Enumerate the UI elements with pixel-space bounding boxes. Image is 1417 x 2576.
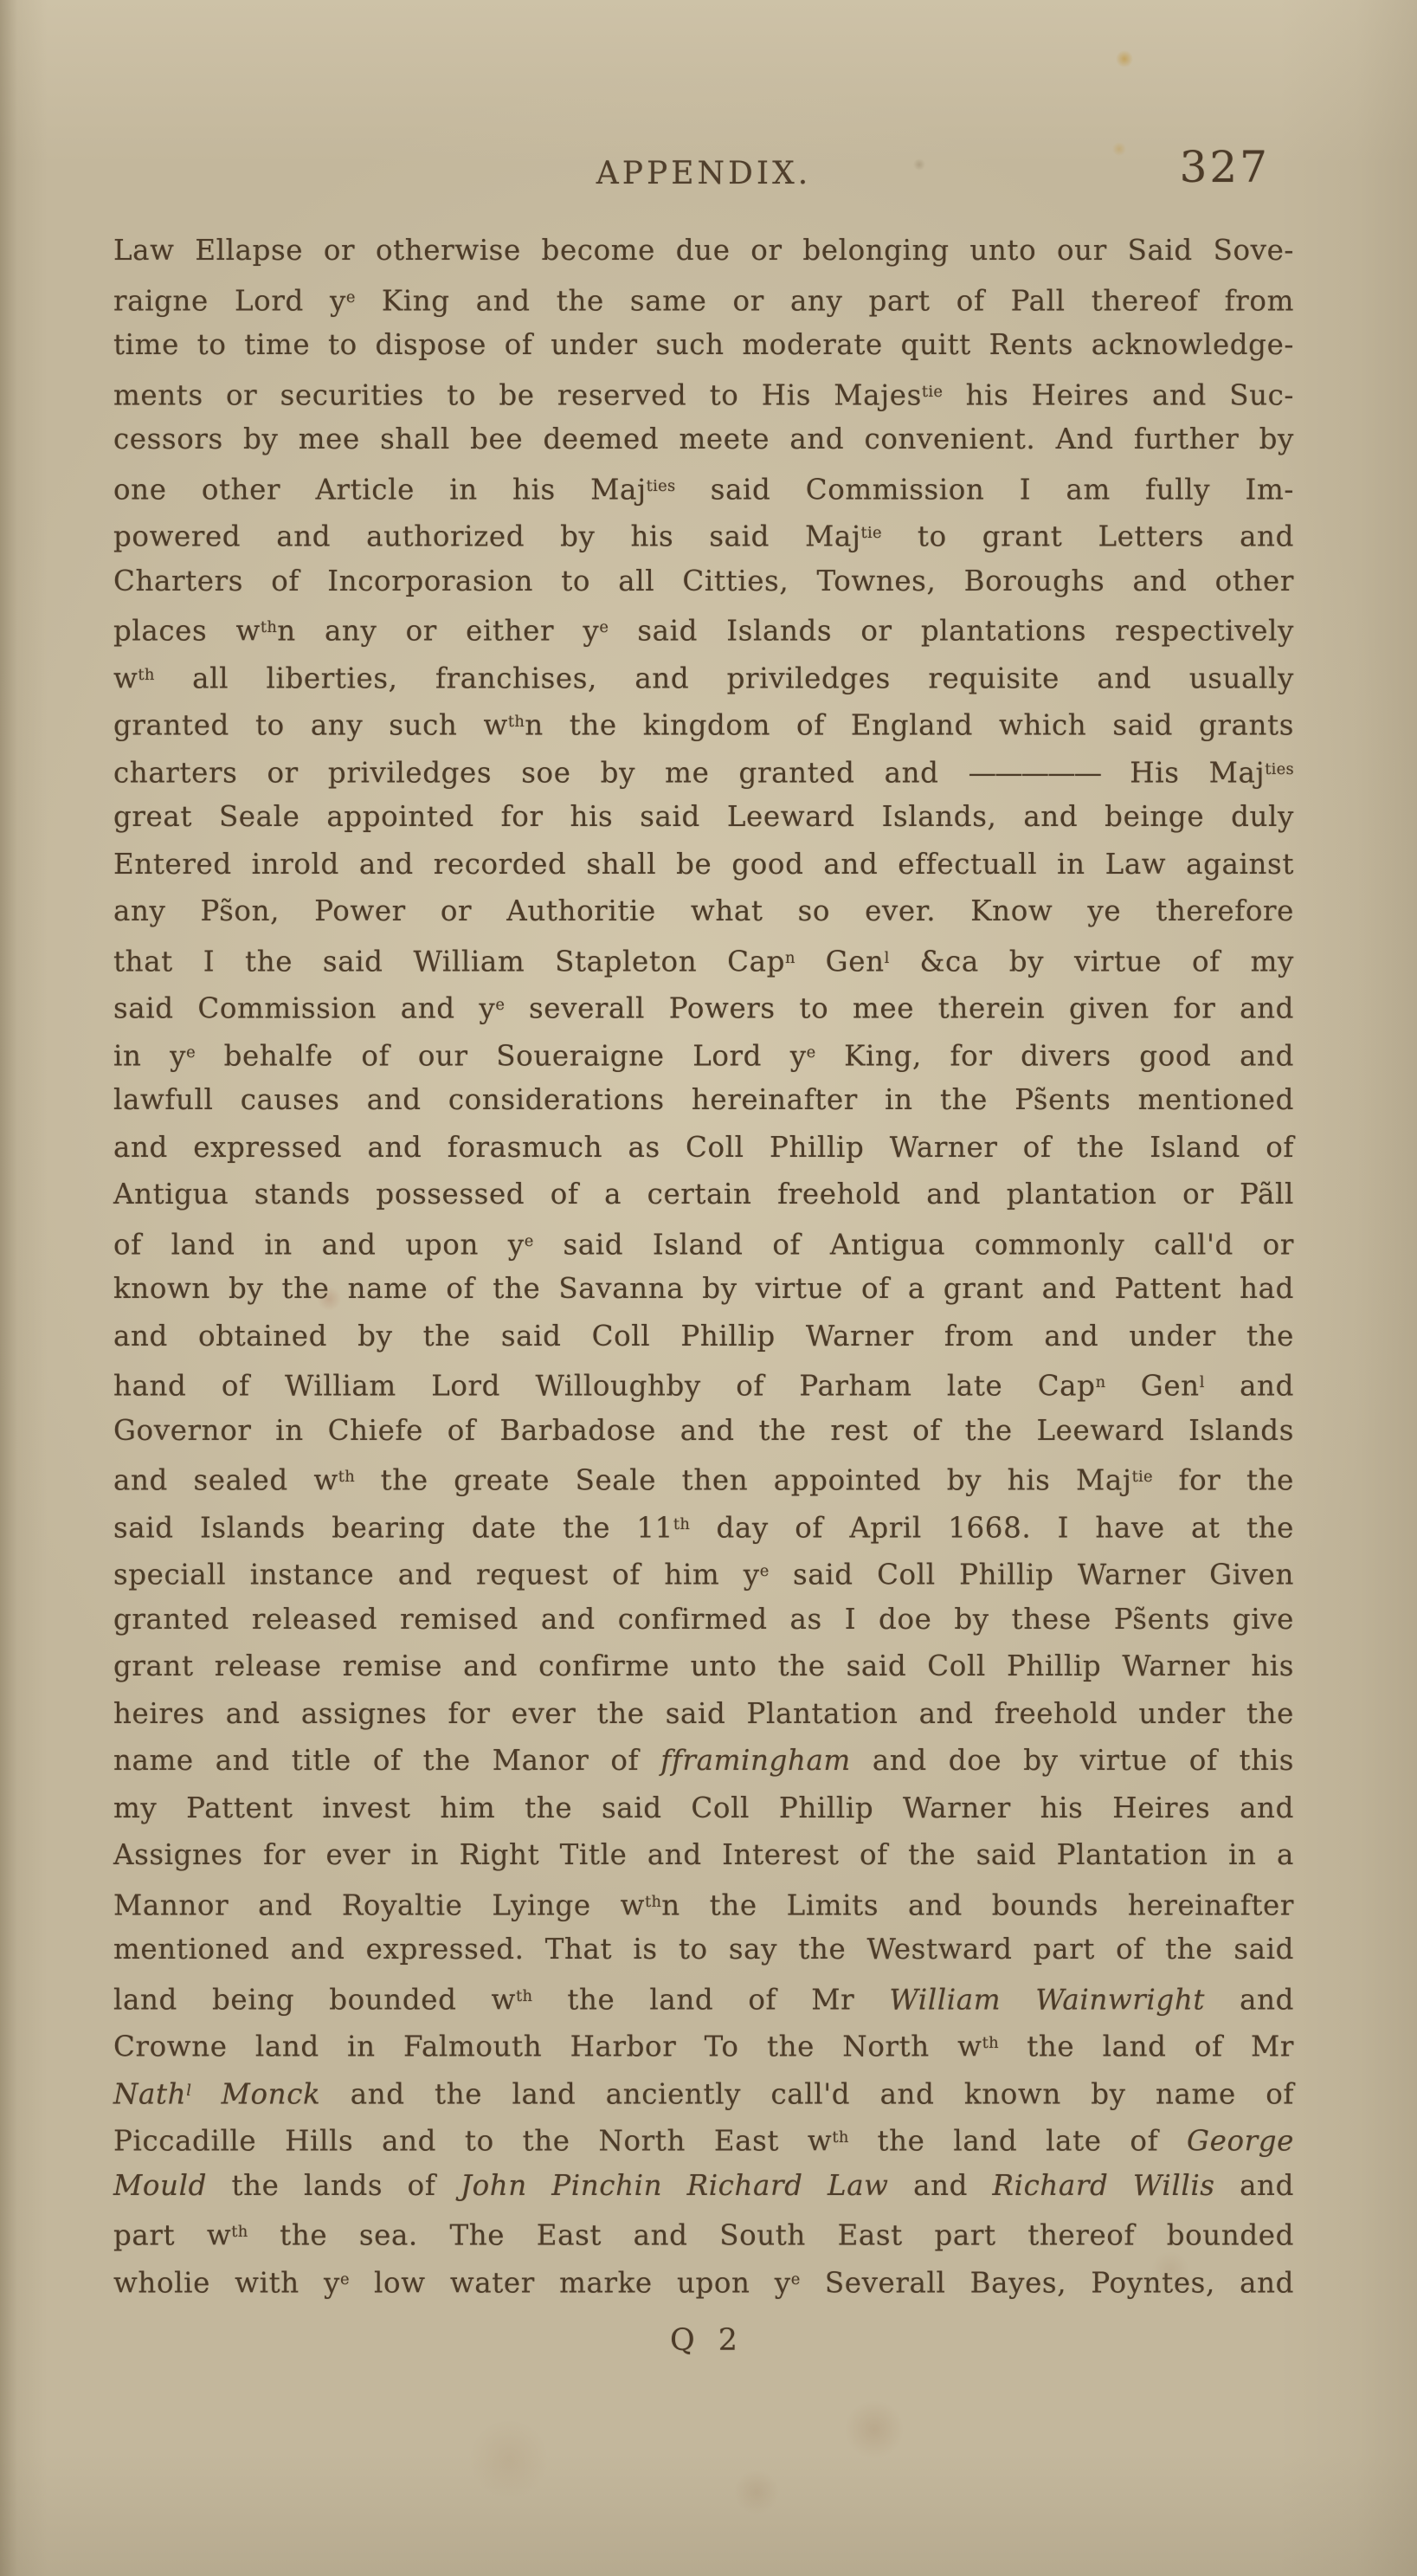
text-line: heires and assignes for ever the said Pl… xyxy=(113,1690,1294,1738)
text-segment: heires and assignes for ever the said Pl… xyxy=(113,1697,1294,1730)
text-line: ments or securities to be reserved to Hi… xyxy=(113,369,1294,416)
text-segment: granted released remised and confirmed a… xyxy=(113,1603,1294,1636)
text-line: said Commission and ye severall Powers t… xyxy=(113,982,1294,1030)
text-line: Crowne land in Falmouth Harbor To the No… xyxy=(113,2020,1294,2068)
text-line: raigne Lord ye King and the same or any … xyxy=(113,274,1294,322)
text-segment: Severall Bayes, Poyntes, and xyxy=(801,2266,1294,2299)
text-segment: th xyxy=(982,2034,999,2052)
text-segment: mentioned and expressed. That is to say … xyxy=(113,1933,1294,1966)
text-line: known by the name of the Savanna by virt… xyxy=(113,1265,1294,1313)
text-segment: Gen xyxy=(1105,1369,1199,1402)
text-segment: tie xyxy=(861,524,882,542)
text-line: part wth the sea. The East and South Eas… xyxy=(113,2209,1294,2256)
text-segment: e xyxy=(186,1043,196,1062)
text-segment: and doe by virtue of this xyxy=(851,1744,1294,1777)
text-line: Entered inrold and recorded shall be goo… xyxy=(113,841,1294,888)
text-segment: one other Article in his Maj xyxy=(113,473,647,506)
text-segment: for the xyxy=(1153,1463,1294,1496)
text-segment: that I the said William Stapleton Cap xyxy=(113,945,785,978)
text-segment: grant release remise and confirme unto t… xyxy=(113,1650,1294,1682)
text-segment: lawfull causes and considerations herein… xyxy=(113,1083,1294,1116)
text-segment: John Pinchin Richard Law xyxy=(461,2169,889,2202)
text-segment: behalfe of our Soueraigne Lord y xyxy=(196,1039,807,1072)
text-line: Mannor and Royaltie Lyinge wthn the Limi… xyxy=(113,1879,1294,1927)
text-segment: Gen xyxy=(795,945,885,978)
text-line: granted released remised and confirmed a… xyxy=(113,1596,1294,1643)
text-segment: cessors by mee shall bee deemed meete an… xyxy=(113,423,1294,455)
text-segment: e xyxy=(495,996,505,1014)
blank-rule: ————— xyxy=(969,756,1101,789)
text-line: Mould the lands of John Pinchin Richard … xyxy=(113,2162,1294,2210)
text-segment: &ca by virtue of my xyxy=(890,945,1294,978)
text-line: Law Ellapse or otherwise become due or b… xyxy=(113,227,1294,274)
text-segment: e xyxy=(760,1562,770,1580)
body-text: Law Ellapse or otherwise become due or b… xyxy=(113,227,1294,2303)
text-segment: n the Limits and bounds hereinafter xyxy=(661,1888,1294,1921)
text-segment: said Commission and y xyxy=(113,991,495,1024)
text-segment: King, for divers good and xyxy=(816,1039,1294,1072)
text-segment: his Heires and Suc- xyxy=(943,378,1294,411)
text-line: and obtained by the said Coll Phillip Wa… xyxy=(113,1313,1294,1360)
text-line: my Pattent invest him the said Coll Phil… xyxy=(113,1785,1294,1832)
text-segment: e xyxy=(340,2270,350,2289)
text-segment: ties xyxy=(647,477,676,495)
text-segment: the land of Mr xyxy=(999,2030,1294,2063)
text-segment: my Pattent invest him the said Coll Phil… xyxy=(113,1792,1294,1824)
text-segment: to grant Letters and xyxy=(882,520,1294,552)
text-line: Charters of Incorporasion to all Citties… xyxy=(113,558,1294,605)
text-line: granted to any such wthn the kingdom of … xyxy=(113,699,1294,746)
text-segment: name and title of the Manor of xyxy=(113,1744,660,1777)
text-segment: places w xyxy=(113,614,261,647)
text-segment: fframingham xyxy=(660,1744,851,1777)
text-segment: known by the name of the Savanna by virt… xyxy=(113,1272,1294,1305)
text-segment: and xyxy=(1215,2169,1294,2202)
text-segment: Nath xyxy=(113,2077,186,2110)
text-segment: e xyxy=(525,1232,534,1250)
book-page-scan: APPENDIX. 327 Law Ellapse or otherwise b… xyxy=(0,0,1417,2576)
text-line: that I the said William Stapleton Capn G… xyxy=(113,935,1294,983)
text-segment: Antigua stands possessed of a certain fr… xyxy=(113,1178,1294,1211)
text-line: cessors by mee shall bee deemed meete an… xyxy=(113,416,1294,463)
text-segment: and the land anciently call'd and known … xyxy=(320,2077,1294,2110)
text-segment: said Islands or plantations respectively xyxy=(609,614,1294,647)
page-header-title: APPENDIX. xyxy=(113,158,1294,190)
text-segment: th xyxy=(138,666,154,684)
text-segment: raigne Lord y xyxy=(113,284,346,317)
text-segment: Governor in Chiefe of Barbadose and the … xyxy=(113,1414,1294,1447)
text-segment: Charters of Incorporasion to all Citties… xyxy=(113,565,1294,597)
text-line: places wthn any or either ye said Island… xyxy=(113,604,1294,652)
text-line: speciall instance and request of him ye … xyxy=(113,1548,1294,1596)
text-segment: tie xyxy=(1132,1468,1153,1486)
text-segment: tie xyxy=(922,383,943,401)
text-segment: e xyxy=(791,2270,801,2289)
text-segment: day of April 1668. I have at the xyxy=(690,1511,1294,1544)
text-segment: and obtained by the said Coll Phillip Wa… xyxy=(113,1320,1294,1353)
text-segment: powered and authorized by his said Maj xyxy=(113,520,861,552)
text-segment: and xyxy=(1205,1369,1294,1402)
text-line: powered and authorized by his said Majti… xyxy=(113,510,1294,558)
text-segment: n the kingdom of England which said gran… xyxy=(525,708,1294,741)
text-segment: any Ps̃on, Power or Authoritie what so e… xyxy=(113,894,1294,927)
text-segment: and expressed and forasmuch as Coll Phil… xyxy=(113,1131,1294,1164)
text-segment: William Wainwright xyxy=(889,1983,1205,2016)
text-segment: th xyxy=(231,2223,248,2241)
text-line: of land in and upon ye said Island of An… xyxy=(113,1218,1294,1266)
text-line: Nathl Monck and the land anciently call'… xyxy=(113,2068,1294,2115)
text-segment: th xyxy=(338,1468,355,1486)
text-segment: low water marke upon y xyxy=(350,2266,791,2299)
text-segment: th xyxy=(673,1515,690,1533)
text-segment: all liberties, franchises, and priviledg… xyxy=(155,662,1294,694)
text-segment: granted to any such w xyxy=(113,708,508,741)
text-line: any Ps̃on, Power or Authoritie what so e… xyxy=(113,888,1294,935)
text-segment: severall Powers to mee therein given for… xyxy=(505,991,1294,1024)
text-segment: Mould xyxy=(113,2169,207,2202)
text-segment: e xyxy=(599,618,609,636)
text-segment: the greate Seale then appointed by his M… xyxy=(355,1463,1132,1496)
text-line: great Seale appointed for his said Leewa… xyxy=(113,793,1294,841)
text-segment: said Islands bearing date the 11 xyxy=(113,1511,673,1544)
text-line: Antigua stands possessed of a certain fr… xyxy=(113,1171,1294,1218)
text-segment: His Maj xyxy=(1100,756,1265,789)
text-line: time to time to dispose of under such mo… xyxy=(113,321,1294,369)
page-number: 327 xyxy=(1180,145,1270,189)
text-segment: time to time to dispose of under such mo… xyxy=(113,328,1294,361)
text-line: wholie with ye low water marke upon ye S… xyxy=(113,2256,1294,2304)
text-line: and sealed wth the greate Seale then app… xyxy=(113,1454,1294,1501)
text-segment: said Coll Phillip Warner Given xyxy=(770,1558,1294,1591)
text-segment: said Island of Antigua commonly call'd o… xyxy=(534,1228,1294,1261)
text-line: and expressed and forasmuch as Coll Phil… xyxy=(113,1124,1294,1172)
text-segment: th xyxy=(508,713,525,731)
signature-mark: Q 2 xyxy=(113,2326,1294,2356)
text-segment: and sealed w xyxy=(113,1463,338,1496)
text-segment: th xyxy=(645,1893,661,1911)
text-segment: King and the same or any part of Pall th… xyxy=(356,284,1294,317)
text-segment: ties xyxy=(1265,760,1294,778)
text-segment: land being bounded w xyxy=(113,1983,516,2016)
text-line: Piccadille Hills and to the North East w… xyxy=(113,2114,1294,2162)
text-line: land being bounded wth the land of Mr Wi… xyxy=(113,1973,1294,2021)
text-segment: George xyxy=(1187,2124,1294,2157)
text-segment: and xyxy=(1205,1983,1294,2016)
text-segment: Law Ellapse or otherwise become due or b… xyxy=(113,234,1294,267)
text-segment: e xyxy=(807,1043,816,1062)
text-line: said Islands bearing date the 11th day o… xyxy=(113,1501,1294,1549)
text-segment: w xyxy=(113,662,138,694)
text-segment: in y xyxy=(113,1039,186,1072)
text-segment: th xyxy=(261,618,277,636)
text-segment: hand of William Lord Willoughby of Parha… xyxy=(113,1369,1096,1402)
text-segment: and xyxy=(889,2169,993,2202)
text-line: grant release remise and confirme unto t… xyxy=(113,1643,1294,1690)
text-segment: the land late of xyxy=(849,2124,1187,2157)
text-segment: the land of Mr xyxy=(532,1983,889,2016)
text-segment: charters or priviledges soe by me grante… xyxy=(113,756,969,789)
text-line: Assignes for ever in Right Title and Int… xyxy=(113,1831,1294,1879)
text-segment: the sea. The East and South East part th… xyxy=(248,2218,1294,2251)
text-line: one other Article in his Majties said Co… xyxy=(113,463,1294,511)
text-line: name and title of the Manor of fframingh… xyxy=(113,1737,1294,1785)
text-segment: n xyxy=(1096,1373,1106,1391)
text-line: wth all liberties, franchises, and privi… xyxy=(113,652,1294,700)
text-segment: the lands of xyxy=(207,2169,461,2202)
text-segment: great Seale appointed for his said Leewa… xyxy=(113,800,1294,833)
text-line: in ye behalfe of our Soueraigne Lord ye … xyxy=(113,1030,1294,1077)
text-segment: n any or either y xyxy=(277,614,599,647)
text-segment: th xyxy=(516,1987,532,2005)
text-segment: Entered inrold and recorded shall be goo… xyxy=(113,848,1294,881)
text-segment: Piccadille Hills and to the North East w xyxy=(113,2124,832,2157)
text-segment: Monck xyxy=(191,2077,320,2110)
text-segment: th xyxy=(832,2128,848,2147)
text-segment: speciall instance and request of him y xyxy=(113,1558,760,1591)
text-segment: Mannor and Royaltie Lyinge w xyxy=(113,1888,645,1921)
text-segment: wholie with y xyxy=(113,2266,340,2299)
text-line: hand of William Lord Willoughby of Parha… xyxy=(113,1359,1294,1407)
text-segment: Crowne land in Falmouth Harbor To the No… xyxy=(113,2030,982,2063)
text-segment: of land in and upon y xyxy=(113,1228,525,1261)
text-segment: e xyxy=(346,288,356,307)
text-line: lawfull causes and considerations herein… xyxy=(113,1076,1294,1124)
text-segment: part w xyxy=(113,2218,231,2251)
text-segment: Richard Willis xyxy=(993,2169,1215,2202)
text-line: Governor in Chiefe of Barbadose and the … xyxy=(113,1407,1294,1455)
text-segment: Assignes for ever in Right Title and Int… xyxy=(113,1838,1294,1871)
text-segment: n xyxy=(785,949,795,967)
text-line: mentioned and expressed. That is to say … xyxy=(113,1926,1294,1973)
text-segment: ments or securities to be reserved to Hi… xyxy=(113,378,922,411)
text-segment: said Commission I am fully Im- xyxy=(676,473,1295,506)
text-line: charters or priviledges soe by me grante… xyxy=(113,746,1294,794)
